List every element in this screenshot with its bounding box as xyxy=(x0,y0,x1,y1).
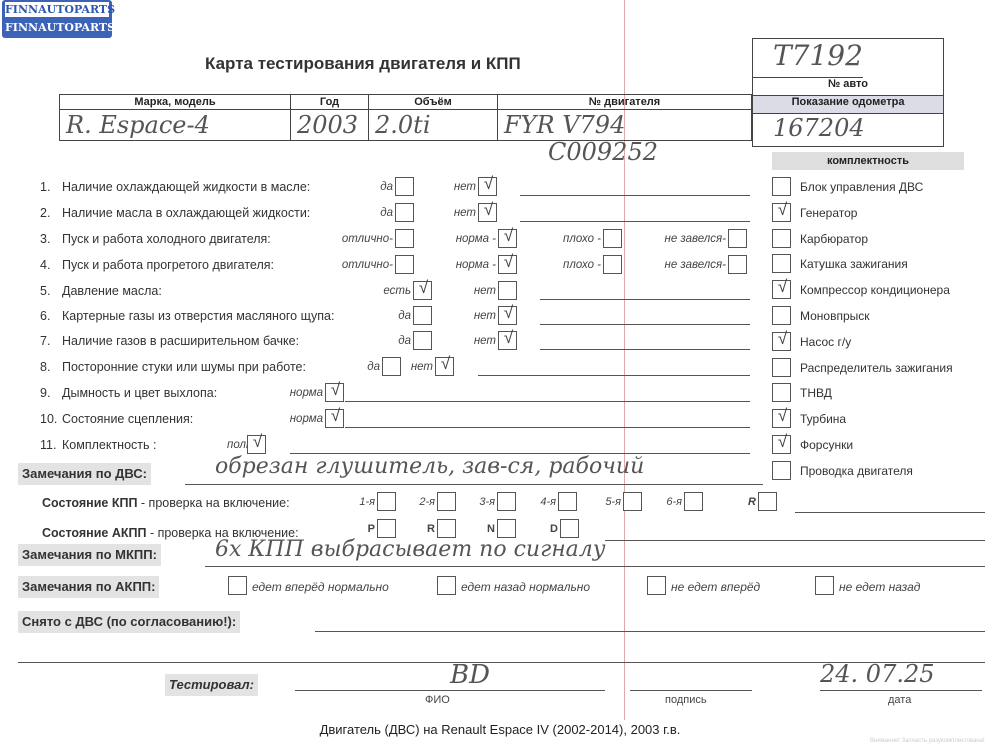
option-checkbox[interactable] xyxy=(603,255,622,274)
kpp-gear-checkbox[interactable] xyxy=(497,492,516,511)
vehicle-header-table: Марка, модель Год Объём № двигателя R. E… xyxy=(59,94,752,141)
option-label: да xyxy=(355,357,380,377)
check-number: 5. xyxy=(40,281,62,301)
check-number: 3. xyxy=(40,229,62,249)
option-checkbox[interactable]: √ xyxy=(498,306,517,325)
akpp-gear-checkbox[interactable] xyxy=(497,519,516,538)
option-checkbox[interactable] xyxy=(382,357,401,376)
checkmark-icon: √ xyxy=(499,225,518,247)
komplektnost-checkbox[interactable]: √ xyxy=(772,332,791,351)
option-label: нет xyxy=(468,281,496,301)
year-value: 2003 xyxy=(291,110,369,141)
option-label: да xyxy=(330,177,393,197)
check-number: 2. xyxy=(40,203,62,223)
signature-caption: подпись xyxy=(665,694,707,706)
kpp-gear-label: 1-я xyxy=(345,496,375,508)
akpp-remark-checkbox[interactable] xyxy=(647,576,666,595)
option-label: норма - xyxy=(448,255,496,275)
komplektnost-checkbox[interactable] xyxy=(772,177,791,196)
option-label: норма xyxy=(287,383,323,403)
option-checkbox[interactable]: √ xyxy=(435,357,454,376)
checkmark-icon: √ xyxy=(773,199,792,221)
option-checkbox[interactable]: √ xyxy=(325,383,344,402)
check-notes-line[interactable] xyxy=(290,453,750,454)
check-row: 4.Пуск и работа прогретого двигателя: xyxy=(40,255,274,275)
option-checkbox[interactable]: √ xyxy=(478,203,497,222)
option-label: полная xyxy=(227,435,245,455)
komplektnost-item: Блок управления ДВС xyxy=(800,177,923,197)
check-label: Давление масла: xyxy=(62,284,162,298)
check-notes-line[interactable] xyxy=(345,401,750,402)
check-notes-line[interactable] xyxy=(540,324,750,325)
kpp-gear-label: 6-я xyxy=(655,496,682,508)
option-label: нет xyxy=(448,177,476,197)
komplektnost-checkbox[interactable] xyxy=(772,358,791,377)
komplektnost-item: Форсунки xyxy=(800,435,853,455)
finnautoparts-logo: FINNAUTOPARTS FINNAUTOPARTS xyxy=(2,0,112,38)
kpp-gear-label: 5-я xyxy=(595,496,621,508)
auto-number-value: T7192 xyxy=(753,39,863,78)
kpp-suffix: - проверка на включение: xyxy=(137,496,289,510)
kpp-gear-checkbox[interactable] xyxy=(623,492,642,511)
akpp-remark-checkbox[interactable] xyxy=(437,576,456,595)
option-label: нет xyxy=(468,331,496,351)
kpp-gear-checkbox[interactable] xyxy=(558,492,577,511)
signature-line[interactable] xyxy=(630,690,752,691)
option-checkbox[interactable] xyxy=(413,331,432,350)
komplektnost-item: Компрессор кондиционера xyxy=(800,280,950,300)
check-row: 5.Давление масла: xyxy=(40,281,162,301)
auto-number-box: T7192 № авто Показание одометра 167204 xyxy=(752,38,944,147)
check-row: 2.Наличие масла в охлаждающей жидкости: xyxy=(40,203,310,223)
col-volume: Объём xyxy=(369,95,498,110)
test-date[interactable]: 24. 07.25 xyxy=(820,660,935,688)
auto-number-label: № авто xyxy=(753,78,943,96)
akpp-remark-option: не едет вперёд xyxy=(671,580,760,594)
col-year: Год xyxy=(291,95,369,110)
kpp-label: Состояние КПП xyxy=(42,496,137,510)
akpp-remark-checkbox[interactable] xyxy=(228,576,247,595)
komplektnost-checkbox[interactable] xyxy=(772,383,791,402)
option-checkbox[interactable]: √ xyxy=(478,177,497,196)
check-row: 11.Комплектность : xyxy=(40,435,156,455)
remarks-dvs-label: Замечания по ДВС: xyxy=(18,463,151,485)
komplektnost-item: Проводка двигателя xyxy=(800,461,913,481)
komplektnost-checkbox[interactable] xyxy=(772,254,791,273)
option-label: нет xyxy=(468,306,496,326)
make-model-value: R. Espace-4 xyxy=(60,110,291,141)
check-row: 9.Дымность и цвет выхлопа: xyxy=(40,383,217,403)
kpp-gear-checkbox[interactable] xyxy=(437,492,456,511)
kpp-gear-label: R xyxy=(730,496,756,508)
option-checkbox[interactable] xyxy=(395,203,414,222)
akpp-gear-checkbox[interactable] xyxy=(560,519,579,538)
check-number: 7. xyxy=(40,331,62,351)
komplektnost-item: Карбюратор xyxy=(800,229,868,249)
option-label: плохо - xyxy=(555,255,601,275)
kpp-line xyxy=(795,512,985,513)
fio-caption: ФИО xyxy=(425,694,450,706)
komplektnost-checkbox[interactable] xyxy=(772,306,791,325)
checkmark-icon: √ xyxy=(326,405,345,427)
check-label: Дымность и цвет выхлопа: xyxy=(62,386,217,400)
check-notes-line[interactable] xyxy=(520,221,750,222)
check-number: 1. xyxy=(40,177,62,197)
check-number: 6. xyxy=(40,306,62,326)
check-number: 8. xyxy=(40,357,62,377)
checkmark-icon: √ xyxy=(499,251,518,273)
akpp-gear-label: N xyxy=(470,523,495,535)
akpp-remark-option: едет вперёд нормально xyxy=(252,580,389,594)
check-label: Посторонние стуки или шумы при работе: xyxy=(62,360,306,374)
akpp-line xyxy=(605,540,985,541)
page-caption: Двигатель (ДВС) на Renault Espace IV (20… xyxy=(0,722,1000,737)
check-row: 3.Пуск и работа холодного двигателя: xyxy=(40,229,271,249)
option-checkbox[interactable] xyxy=(728,255,747,274)
akpp-remark-option: не едет назад xyxy=(839,580,920,594)
check-label: Наличие газов в расширительном бачке: xyxy=(62,334,299,348)
akpp-label: Состояние АКПП xyxy=(42,526,146,540)
check-notes-line[interactable] xyxy=(478,375,750,376)
option-label: отлично- xyxy=(330,229,393,249)
kpp-gear-checkbox[interactable] xyxy=(684,492,703,511)
check-number: 4. xyxy=(40,255,62,275)
checkmark-icon: √ xyxy=(248,431,267,453)
odometer-label: Показание одометра xyxy=(753,96,943,114)
komplektnost-item: Катушка зажигания xyxy=(800,254,908,274)
option-checkbox[interactable] xyxy=(413,306,432,325)
check-label: Наличие масла в охлаждающей жидкости: xyxy=(62,206,310,220)
kpp-gear-label: 3-я xyxy=(470,496,495,508)
logo-text-bottom: FINNAUTOPARTS xyxy=(5,20,109,35)
option-checkbox[interactable]: √ xyxy=(413,281,432,300)
engine-number-line2: C009252 xyxy=(548,138,658,166)
odometer-value: 167204 xyxy=(753,114,865,146)
check-label: Пуск и работа прогретого двигателя: xyxy=(62,258,274,272)
option-checkbox[interactable]: √ xyxy=(325,409,344,428)
check-row: 1.Наличие охлаждающей жидкости в масле: xyxy=(40,177,310,197)
komplektnost-checkbox[interactable] xyxy=(772,461,791,480)
option-checkbox[interactable]: √ xyxy=(498,229,517,248)
check-number: 9. xyxy=(40,383,62,403)
check-notes-line[interactable] xyxy=(540,299,750,300)
logo-text-top: FINNAUTOPARTS xyxy=(5,2,109,17)
komplektnost-item: Моновпрыск xyxy=(800,306,870,326)
akpp-gear-checkbox[interactable] xyxy=(437,519,456,538)
checkmark-icon: √ xyxy=(773,431,792,453)
option-label: не завелся- xyxy=(653,255,726,275)
komplektnost-item: ТНВД xyxy=(800,383,832,403)
option-checkbox[interactable] xyxy=(498,281,517,300)
check-label: Пуск и работа холодного двигателя: xyxy=(62,232,271,246)
check-row: 7.Наличие газов в расширительном бачке: xyxy=(40,331,299,351)
komplektnost-checkbox[interactable]: √ xyxy=(772,280,791,299)
removed-line[interactable] xyxy=(315,631,985,632)
option-label: да xyxy=(330,203,393,223)
option-label: есть xyxy=(375,281,411,301)
akpp-remark-checkbox[interactable] xyxy=(815,576,834,595)
option-checkbox[interactable] xyxy=(395,229,414,248)
komplektnost-checkbox[interactable]: √ xyxy=(772,203,791,222)
check-notes-line[interactable] xyxy=(520,195,750,196)
remarks-mkpp-label: Замечания по МКПП: xyxy=(18,544,161,566)
remarks-dvs-value[interactable]: обрезан глушитель, зав-ся, рабочий xyxy=(215,454,644,479)
check-number: 11. xyxy=(40,435,62,455)
remarks-mkpp-value[interactable]: 6х КПП выбрасывает по сигналу xyxy=(215,537,606,562)
option-label: отлично- xyxy=(330,255,393,275)
removed-label: Снято с ДВС (по согласованию!): xyxy=(18,611,240,633)
komplektnost-item: Насос г/у xyxy=(800,332,851,352)
komplektnost-item: Турбина xyxy=(800,409,846,429)
option-checkbox[interactable] xyxy=(395,255,414,274)
checkmark-icon: √ xyxy=(499,302,518,324)
document-title: Карта тестирования двигателя и КПП xyxy=(205,54,521,74)
check-row: 10.Состояние сцепления: xyxy=(40,409,193,429)
kpp-gear-label: 2-я xyxy=(405,496,435,508)
option-label: плохо - xyxy=(555,229,601,249)
option-label: норма xyxy=(287,409,323,429)
checkmark-icon: √ xyxy=(414,277,433,299)
checkmark-icon: √ xyxy=(773,405,792,427)
tester-name-line xyxy=(295,690,605,691)
kpp-gear-checkbox[interactable] xyxy=(377,492,396,511)
option-label: нет xyxy=(448,203,476,223)
komplektnost-checkbox[interactable] xyxy=(772,229,791,248)
check-number: 10. xyxy=(40,409,62,429)
akpp-gear-label: P xyxy=(355,523,375,535)
komplektnost-checkbox[interactable]: √ xyxy=(772,435,791,454)
akpp-gear-checkbox[interactable] xyxy=(377,519,396,538)
check-label: Картерные газы из отверстия масляного щу… xyxy=(62,309,334,323)
kpp-gear-label: 4-я xyxy=(530,496,556,508)
checkmark-icon: √ xyxy=(773,328,792,350)
check-label: Наличие охлаждающей жидкости в масле: xyxy=(62,180,310,194)
akpp-gear-label: R xyxy=(410,523,435,535)
checkmark-icon: √ xyxy=(326,379,345,401)
kpp-state-label: Состояние КПП - проверка на включение: xyxy=(42,496,290,510)
kpp-gear-checkbox[interactable] xyxy=(758,492,777,511)
option-label: не завелся- xyxy=(653,229,726,249)
col-engine-number: № двигателя xyxy=(498,95,752,110)
remarks-dvs-line xyxy=(185,484,763,485)
tester-name[interactable]: BD xyxy=(450,660,490,690)
option-label: нет xyxy=(405,357,433,377)
komplektnost-checkbox[interactable]: √ xyxy=(772,409,791,428)
checkmark-icon: √ xyxy=(479,173,498,195)
akpp-gear-label: D xyxy=(540,523,558,535)
check-label: Комплектность : xyxy=(62,438,156,452)
col-make-model: Марка, модель xyxy=(60,95,291,110)
option-checkbox[interactable]: √ xyxy=(247,435,266,454)
option-label: норма - xyxy=(448,229,496,249)
date-line xyxy=(820,690,982,691)
option-checkbox[interactable]: √ xyxy=(498,331,517,350)
removed-label-text: Снято с ДВС (по согласованию!): xyxy=(22,614,236,629)
option-checkbox[interactable] xyxy=(728,229,747,248)
check-row: 6.Картерные газы из отверстия масляного … xyxy=(40,306,334,326)
volume-value: 2.0ti xyxy=(369,110,498,141)
checkmark-icon: √ xyxy=(436,353,455,375)
checkmark-icon: √ xyxy=(499,327,518,349)
check-notes-line[interactable] xyxy=(540,349,750,350)
option-label: да xyxy=(375,331,411,351)
check-row: 8.Посторонние стуки или шумы при работе: xyxy=(40,357,306,377)
komplektnost-header: комплектность xyxy=(772,152,964,170)
date-caption: дата xyxy=(888,694,911,706)
checkmark-icon: √ xyxy=(479,199,498,221)
check-label: Состояние сцепления: xyxy=(62,412,193,426)
remarks-akpp-label: Замечания по АКПП: xyxy=(18,576,159,598)
engine-number-value: FYR V794 xyxy=(498,110,752,141)
remarks-mkpp-line xyxy=(205,566,985,567)
akpp-remark-option: едет назад нормально xyxy=(461,580,590,594)
komplektnost-item: Генератор xyxy=(800,203,857,223)
watermark-text: Внимание! Запчасть разукомплектована! xyxy=(870,738,985,744)
option-checkbox[interactable]: √ xyxy=(498,255,517,274)
komplektnost-item: Распределитель зажигания xyxy=(800,358,953,378)
check-notes-line[interactable] xyxy=(345,427,750,428)
option-label: да xyxy=(375,306,411,326)
option-checkbox[interactable] xyxy=(395,177,414,196)
checkmark-icon: √ xyxy=(773,276,792,298)
tester-label: Тестировал: xyxy=(165,674,258,696)
option-checkbox[interactable] xyxy=(603,229,622,248)
